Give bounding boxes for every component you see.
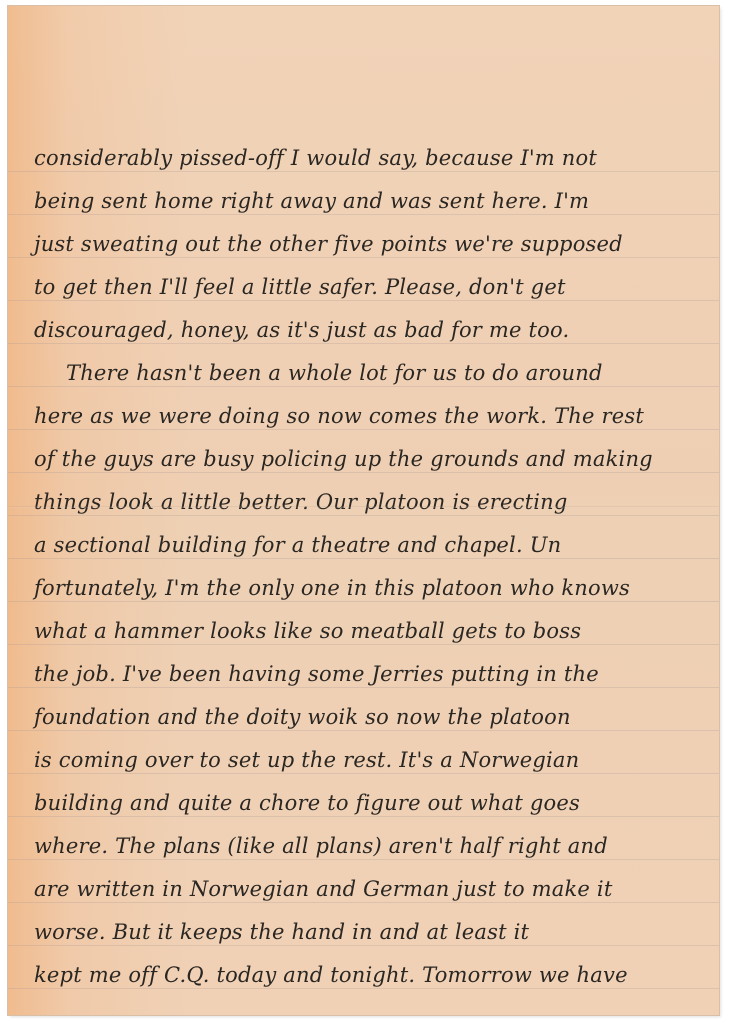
text-line: here as we were doing so now comes the w…: [34, 401, 705, 431]
text-line: where. The plans (like all plans) aren't…: [34, 831, 705, 861]
text-line: the job. I've been having some Jerries p…: [34, 659, 705, 689]
text-line: to get then I'll feel a little safer. Pl…: [34, 272, 705, 302]
paragraph-start-line: There hasn't been a whole lot for us to …: [66, 358, 705, 388]
text-line: considerably pissed-off I would say, bec…: [34, 143, 705, 173]
text-line: what a hammer looks like so meatball get…: [34, 616, 705, 646]
text-line: is coming over to set up the rest. It's …: [34, 745, 705, 775]
text-line: discouraged, honey, as it's just as bad …: [34, 315, 705, 345]
text-line: worse. But it keeps the hand in and at l…: [34, 917, 705, 947]
text-line: a sectional building for a theatre and c…: [34, 530, 705, 560]
text-line: are written in Norwegian and German just…: [34, 874, 705, 904]
text-line: building and quite a chore to figure out…: [34, 788, 705, 818]
letter-page: considerably pissed-off I would say, bec…: [8, 6, 719, 1015]
text-line: foundation and the doity woik so now the…: [34, 702, 705, 732]
text-line: kept me off C.Q. today and tonight. Tomo…: [34, 960, 705, 990]
text-line: things look a little better. Our platoon…: [34, 487, 705, 517]
text-line: fortunately, I'm the only one in this pl…: [34, 573, 705, 603]
text-line: being sent home right away and was sent …: [34, 186, 705, 216]
text-line: of the guys are busy policing up the gro…: [34, 444, 705, 474]
text-line: just sweating out the other five points …: [34, 229, 705, 259]
